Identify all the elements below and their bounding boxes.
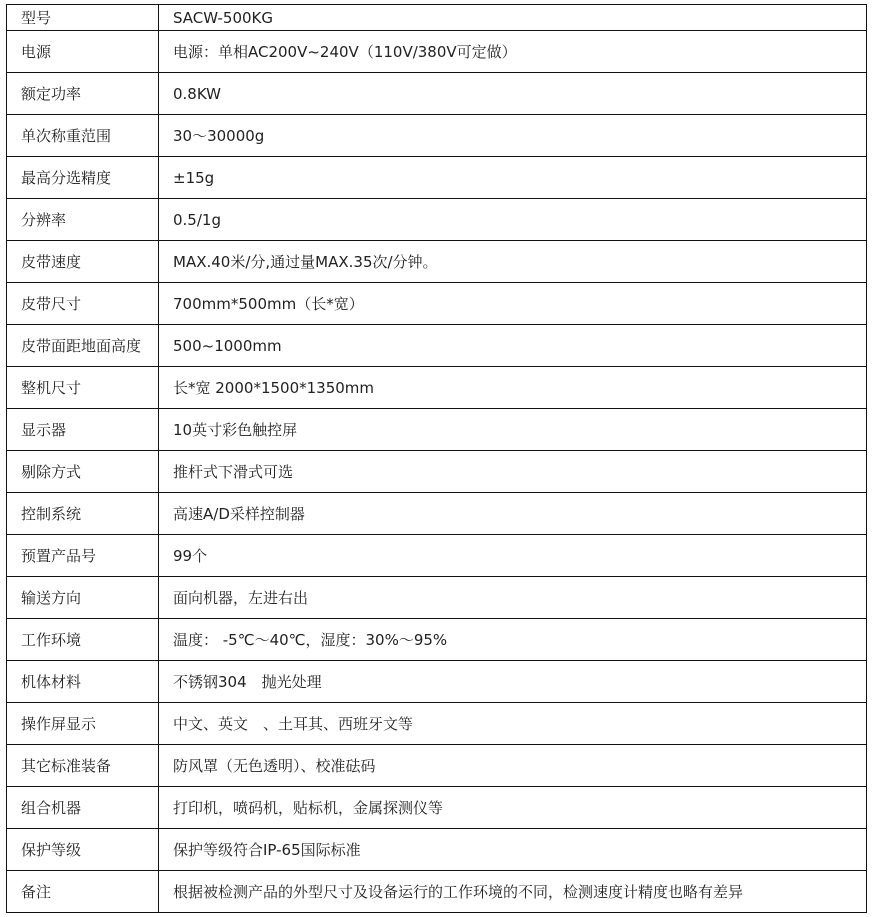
spec-value: 长*宽 2000*1500*1350mm — [159, 367, 867, 409]
spec-label: 皮带尺寸 — [7, 283, 159, 325]
spec-value: 温度： -5℃～40℃，湿度：30%～95% — [159, 619, 867, 661]
spec-row: 分辨率0.5/1g — [7, 199, 867, 241]
spec-row: 保护等级保护等级符合IP-65国际标准 — [7, 829, 867, 871]
spec-value: 500~1000mm — [159, 325, 867, 367]
spec-label: 备注 — [7, 871, 159, 913]
spec-label: 皮带速度 — [7, 241, 159, 283]
spec-value: 0.5/1g — [159, 199, 867, 241]
spec-value: MAX.40米/分,通过量MAX.35次/分钟。 — [159, 241, 867, 283]
spec-value: 30～30000g — [159, 115, 867, 157]
spec-label: 操作屏显示 — [7, 703, 159, 745]
spec-value: 根据被检测产品的外型尺寸及设备运行的工作环境的不同，检测速度计精度也略有差异 — [159, 871, 867, 913]
spec-table: 型号SACW-500KG电源电源：单相AC200V~240V（110V/380V… — [6, 4, 867, 913]
spec-label: 额定功率 — [7, 73, 159, 115]
spec-value: 面向机器，左进右出 — [159, 577, 867, 619]
spec-row: 预置产品号99个 — [7, 535, 867, 577]
spec-label: 控制系统 — [7, 493, 159, 535]
spec-label: 其它标准装备 — [7, 745, 159, 787]
spec-value: ±15g — [159, 157, 867, 199]
spec-value: 不锈钢304 抛光处理 — [159, 661, 867, 703]
spec-row: 皮带尺寸700mm*500mm（长*宽） — [7, 283, 867, 325]
spec-table-body: 型号SACW-500KG电源电源：单相AC200V~240V（110V/380V… — [7, 5, 867, 913]
spec-label: 剔除方式 — [7, 451, 159, 493]
spec-value: 防风罩（无色透明）、校准砝码 — [159, 745, 867, 787]
spec-label: 预置产品号 — [7, 535, 159, 577]
spec-label: 型号 — [7, 5, 159, 31]
spec-value: 高速A/D采样控制器 — [159, 493, 867, 535]
spec-row: 最高分选精度±15g — [7, 157, 867, 199]
spec-label: 皮带面距地面高度 — [7, 325, 159, 367]
spec-row: 皮带面距地面高度500~1000mm — [7, 325, 867, 367]
spec-row: 电源电源：单相AC200V~240V（110V/380V可定做） — [7, 31, 867, 73]
spec-label: 最高分选精度 — [7, 157, 159, 199]
spec-row: 工作环境温度： -5℃～40℃，湿度：30%～95% — [7, 619, 867, 661]
spec-label: 显示器 — [7, 409, 159, 451]
spec-value: 打印机，喷码机，贴标机，金属探测仪等 — [159, 787, 867, 829]
spec-row: 整机尺寸长*宽 2000*1500*1350mm — [7, 367, 867, 409]
spec-row: 剔除方式推杆式下滑式可选 — [7, 451, 867, 493]
spec-row: 组合机器打印机，喷码机，贴标机，金属探测仪等 — [7, 787, 867, 829]
spec-label: 输送方向 — [7, 577, 159, 619]
spec-label: 工作环境 — [7, 619, 159, 661]
spec-value: SACW-500KG — [159, 5, 867, 31]
spec-row: 其它标准装备防风罩（无色透明）、校准砝码 — [7, 745, 867, 787]
spec-value: 0.8KW — [159, 73, 867, 115]
spec-row: 操作屏显示中文、英文 、土耳其、西班牙文等 — [7, 703, 867, 745]
spec-label: 分辨率 — [7, 199, 159, 241]
spec-row: 额定功率0.8KW — [7, 73, 867, 115]
spec-value: 电源：单相AC200V~240V（110V/380V可定做） — [159, 31, 867, 73]
spec-value: 99个 — [159, 535, 867, 577]
spec-label: 组合机器 — [7, 787, 159, 829]
spec-row: 备注根据被检测产品的外型尺寸及设备运行的工作环境的不同，检测速度计精度也略有差异 — [7, 871, 867, 913]
spec-value: 保护等级符合IP-65国际标准 — [159, 829, 867, 871]
spec-label: 单次称重范围 — [7, 115, 159, 157]
spec-row: 型号SACW-500KG — [7, 5, 867, 31]
spec-row: 单次称重范围30～30000g — [7, 115, 867, 157]
spec-row: 输送方向面向机器，左进右出 — [7, 577, 867, 619]
spec-value: 推杆式下滑式可选 — [159, 451, 867, 493]
spec-value: 700mm*500mm（长*宽） — [159, 283, 867, 325]
spec-row: 皮带速度MAX.40米/分,通过量MAX.35次/分钟。 — [7, 241, 867, 283]
spec-label: 机体材料 — [7, 661, 159, 703]
spec-row: 机体材料不锈钢304 抛光处理 — [7, 661, 867, 703]
spec-value: 中文、英文 、土耳其、西班牙文等 — [159, 703, 867, 745]
spec-value: 10英寸彩色触控屏 — [159, 409, 867, 451]
spec-label: 整机尺寸 — [7, 367, 159, 409]
spec-row: 显示器10英寸彩色触控屏 — [7, 409, 867, 451]
spec-row: 控制系统高速A/D采样控制器 — [7, 493, 867, 535]
spec-label: 保护等级 — [7, 829, 159, 871]
spec-label: 电源 — [7, 31, 159, 73]
